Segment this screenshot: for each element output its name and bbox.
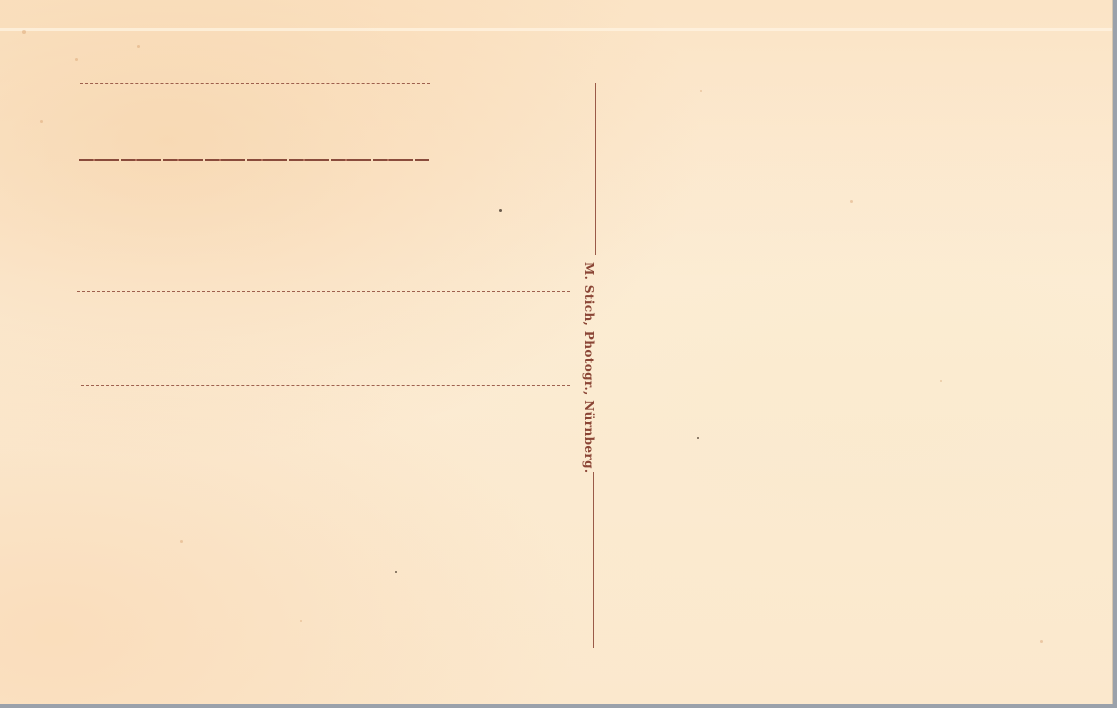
paper-speck [75,58,78,61]
ink-dot [499,209,502,212]
paper-speck [180,540,183,543]
divider-line-top [595,83,596,255]
paper-speck [40,120,43,123]
paper-speck [1040,640,1043,643]
paper-speck [22,30,26,34]
publisher-imprint: M. Stich, Photogr., Nürnberg. [582,262,596,474]
paper-speck [137,45,140,48]
divider-line-bottom [593,472,594,648]
address-line-2 [79,159,429,161]
paper-speck [850,200,853,203]
ink-dot [395,571,397,573]
ink-dot [697,437,699,439]
address-line-3 [77,291,570,292]
paper-speck [700,90,702,92]
paper-fold [0,28,1112,31]
postcard-back: M. Stich, Photogr., Nürnberg. [0,0,1113,704]
paper-speck [940,380,942,382]
paper-speck [300,620,302,622]
address-line-1 [80,83,430,84]
address-line-4 [81,385,570,386]
